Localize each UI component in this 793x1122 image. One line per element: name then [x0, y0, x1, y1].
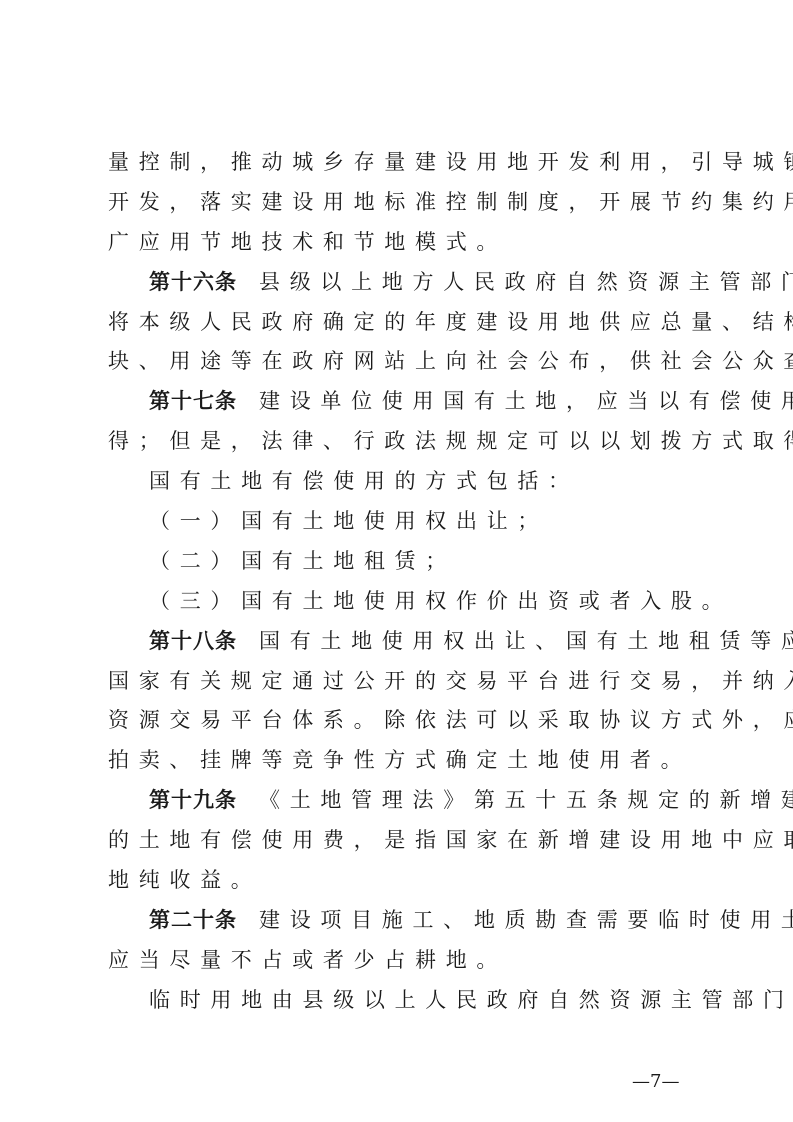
- text-line: 资源交易平台体系。除依法可以采取协议方式外，应当采取招标、: [108, 701, 694, 741]
- text-line: 块、用途等在政府网站上向社会公布，供社会公众查阅。: [108, 342, 694, 382]
- article-number: 第十六条: [149, 270, 237, 294]
- text-line: 拍卖、挂牌等竞争性方式确定土地使用者。: [108, 741, 694, 781]
- text-line: 将本级人民政府确定的年度建设用地供应总量、结构、时序、地: [108, 303, 694, 343]
- page-number: —7—: [632, 1071, 679, 1092]
- text-line: 地纯收益。: [108, 861, 694, 901]
- list-item: （二）国有土地租赁；: [108, 542, 694, 582]
- article-text: 建设项目施工、地质勘查需要临时使用土地的，: [259, 908, 793, 932]
- article-18-heading-line: 第十八条国有土地使用权出让、国有土地租赁等应当依照: [108, 622, 694, 662]
- text-line: 应当尽量不占或者少占耕地。: [108, 941, 694, 981]
- text-line: 的土地有偿使用费，是指国家在新增建设用地中应取得的平均土: [108, 821, 694, 861]
- text-line: 广应用节地技术和节地模式。: [108, 223, 694, 263]
- article-number: 第十七条: [149, 389, 237, 413]
- article-20-heading-line: 第二十条建设项目施工、地质勘查需要临时使用土地的，: [108, 901, 694, 941]
- text-line: 得；但是，法律、行政法规规定可以以划拨方式取得的除外。: [108, 422, 694, 462]
- article-17-heading-line: 第十七条建设单位使用国有土地，应当以有偿使用方式取: [108, 382, 694, 422]
- list-item: （三）国有土地使用权作价出资或者入股。: [108, 582, 694, 622]
- article-text: 县级以上地方人民政府自然资源主管部门应当: [259, 270, 793, 294]
- text-line: 国家有关规定通过公开的交易平台进行交易，并纳入统一的公共: [108, 662, 694, 702]
- article-text: 建设单位使用国有土地，应当以有偿使用方式取: [259, 389, 793, 413]
- article-number: 第十九条: [149, 788, 237, 812]
- text-line: 量控制，推动城乡存量建设用地开发利用，引导城镇低效用地再: [108, 143, 694, 183]
- article-number: 第十八条: [149, 629, 237, 653]
- article-16-heading-line: 第十六条县级以上地方人民政府自然资源主管部门应当: [108, 263, 694, 303]
- article-text: 《土地管理法》第五十五条规定的新增建设用地: [259, 788, 793, 812]
- article-19-heading-line: 第十九条《土地管理法》第五十五条规定的新增建设用地: [108, 781, 694, 821]
- list-item: （一）国有土地使用权出让；: [108, 502, 694, 542]
- text-line: 开发，落实建设用地标准控制制度，开展节约集约用地评价，推: [108, 183, 694, 223]
- text-line: 国有土地有偿使用的方式包括：: [108, 462, 694, 502]
- text-line: 临时用地由县级以上人民政府自然资源主管部门批准，期限: [108, 981, 694, 1021]
- article-text: 国有土地使用权出让、国有土地租赁等应当依照: [259, 629, 793, 653]
- document-page: 量控制，推动城乡存量建设用地开发利用，引导城镇低效用地再 开发，落实建设用地标准…: [108, 143, 694, 1021]
- article-number: 第二十条: [149, 908, 237, 932]
